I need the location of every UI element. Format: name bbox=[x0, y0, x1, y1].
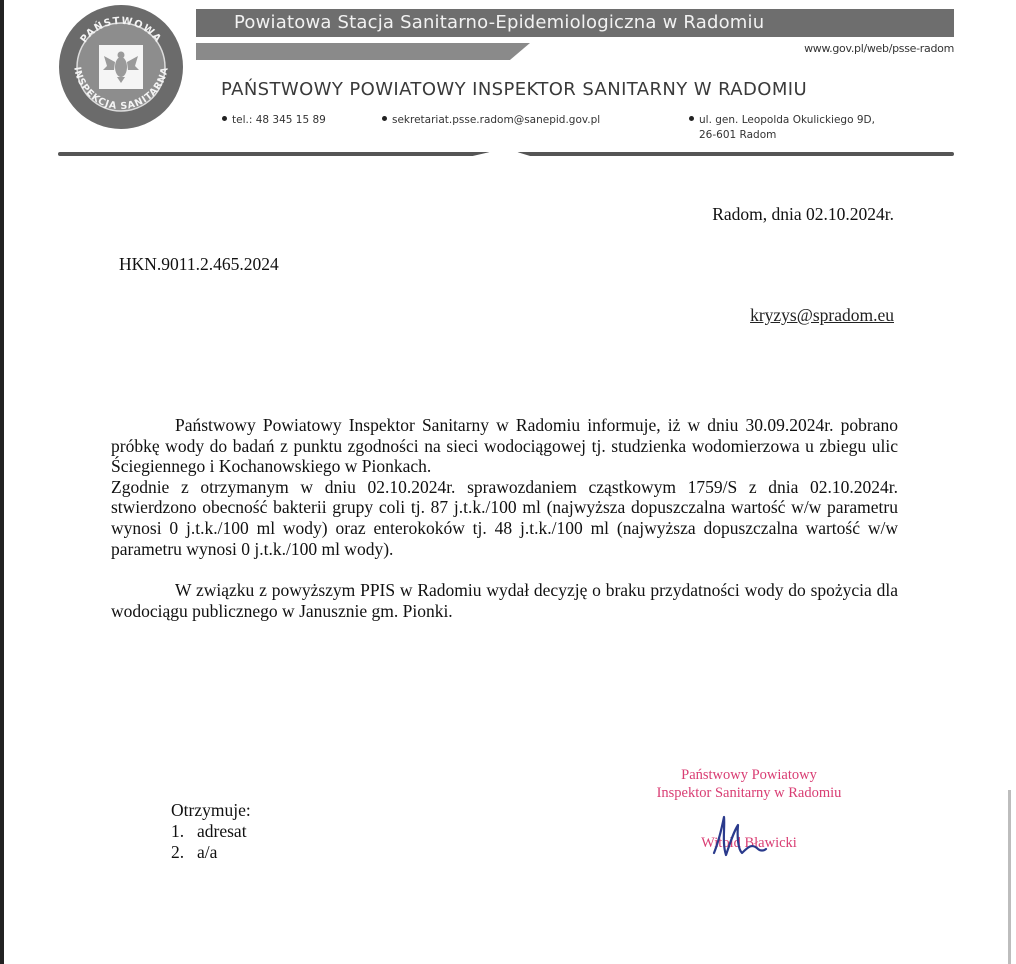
scan-edge-right bbox=[1008, 790, 1011, 964]
scan-edge-left bbox=[0, 0, 4, 964]
contact-phone: tel.: 48 345 15 89 bbox=[222, 113, 326, 128]
paragraph-sampling: Państwowy Powiatowy Inspektor Sanitarny … bbox=[111, 415, 898, 477]
bullet-icon bbox=[382, 116, 387, 121]
handwritten-signature-icon bbox=[708, 813, 768, 859]
case-reference: HKN.9011.2.465.2024 bbox=[119, 254, 279, 275]
list-item: 1. adresat bbox=[171, 821, 251, 842]
header-divider-left bbox=[58, 152, 490, 156]
bullet-icon bbox=[689, 116, 694, 121]
sanitary-inspection-seal-icon: PAŃSTWOWA INSPEKCJA SANITARNA bbox=[58, 4, 184, 130]
contact-email[interactable]: sekretariat.psse.radom@sanepid.gov.pl bbox=[382, 113, 600, 128]
stamp-line-1: Państwowy Powiatowy bbox=[612, 766, 886, 784]
recipients-list: Otrzymuje: 1. adresat 2. a/a bbox=[171, 800, 251, 863]
bullet-icon bbox=[222, 116, 227, 121]
decorative-stripe bbox=[196, 43, 530, 60]
institution-banner: Powiatowa Stacja Sanitarno-Epidemiologic… bbox=[196, 9, 954, 37]
recipients-label: Otrzymuje: bbox=[171, 800, 251, 821]
header-divider-right bbox=[517, 152, 954, 156]
recipient-email-link[interactable]: kryzys@spradom.eu bbox=[750, 305, 894, 326]
paragraph-decision: W związku z powyższym PPIS w Radomiu wyd… bbox=[111, 580, 898, 621]
contact-address: ul. gen. Leopolda Okulickiego 9D, 26-601… bbox=[689, 113, 875, 143]
letter-body: Państwowy Powiatowy Inspektor Sanitarny … bbox=[111, 415, 898, 621]
website-link[interactable]: www.gov.pl/web/psse-radom bbox=[804, 42, 954, 55]
authority-title: PAŃSTWOWY POWIATOWY INSPEKTOR SANITARNY … bbox=[221, 79, 807, 100]
list-item: 2. a/a bbox=[171, 842, 251, 863]
place-date: Radom, dnia 02.10.2024r. bbox=[712, 204, 894, 225]
paragraph-results: Zgodnie z otrzymanym w dniu 02.10.2024r.… bbox=[111, 477, 898, 559]
stamp-line-2: Inspektor Sanitarny w Radomiu bbox=[612, 784, 886, 802]
